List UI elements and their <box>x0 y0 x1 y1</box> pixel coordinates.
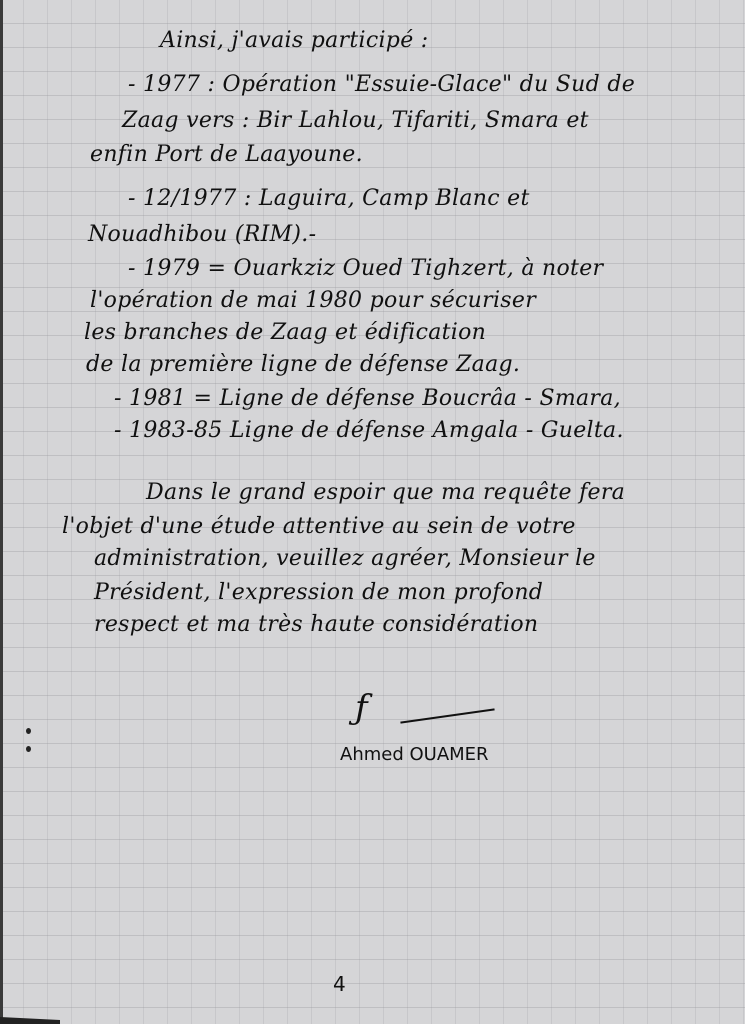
signature-name: Ahmed OUAMER <box>340 744 489 765</box>
signature-mark: ƒ <box>355 688 368 728</box>
closing-line: Président, l'expression de mon profond <box>94 580 543 605</box>
text-line: enfin Port de Laayoune. <box>90 142 363 167</box>
punch-hole-mark <box>26 746 31 752</box>
closing-line: l'objet d'une étude attentive au sein de… <box>62 514 576 539</box>
text-line: Nouadhibou (RIM).- <box>88 222 316 247</box>
text-line: - 1983-85 Ligne de défense Amgala - Guel… <box>114 418 624 443</box>
text-line: Zaag vers : Bir Lahlou, Tifariti, Smara … <box>122 108 589 133</box>
page-number: 4 <box>333 972 346 996</box>
scan-smudge <box>0 1014 60 1024</box>
text-line: - 1977 : Opération "Essuie-Glace" du Sud… <box>128 72 635 97</box>
text-line: de la première ligne de défense Zaag. <box>86 352 520 377</box>
closing-line: respect et ma très haute considération <box>94 612 538 637</box>
signature-stroke <box>400 708 494 723</box>
text-line: - 1979 = Ouarkziz Oued Tighzert, à noter <box>128 256 603 281</box>
punch-hole-mark <box>26 728 31 734</box>
text-line: - 12/1977 : Laguira, Camp Blanc et <box>128 186 530 211</box>
text-line: les branches de Zaag et édification <box>84 320 486 345</box>
scan-edge <box>0 0 3 1024</box>
intro-line: Ainsi, j'avais participé : <box>160 28 429 53</box>
closing-line: administration, veuillez agréer, Monsieu… <box>94 546 596 571</box>
text-line: l'opération de mai 1980 pour sécuriser <box>90 288 536 313</box>
text-line: - 1981 = Ligne de défense Boucrâa - Smar… <box>114 386 621 411</box>
document-page: Ainsi, j'avais participé : - 1977 : Opér… <box>0 0 745 1024</box>
closing-line: Dans le grand espoir que ma requête fera <box>146 480 625 505</box>
